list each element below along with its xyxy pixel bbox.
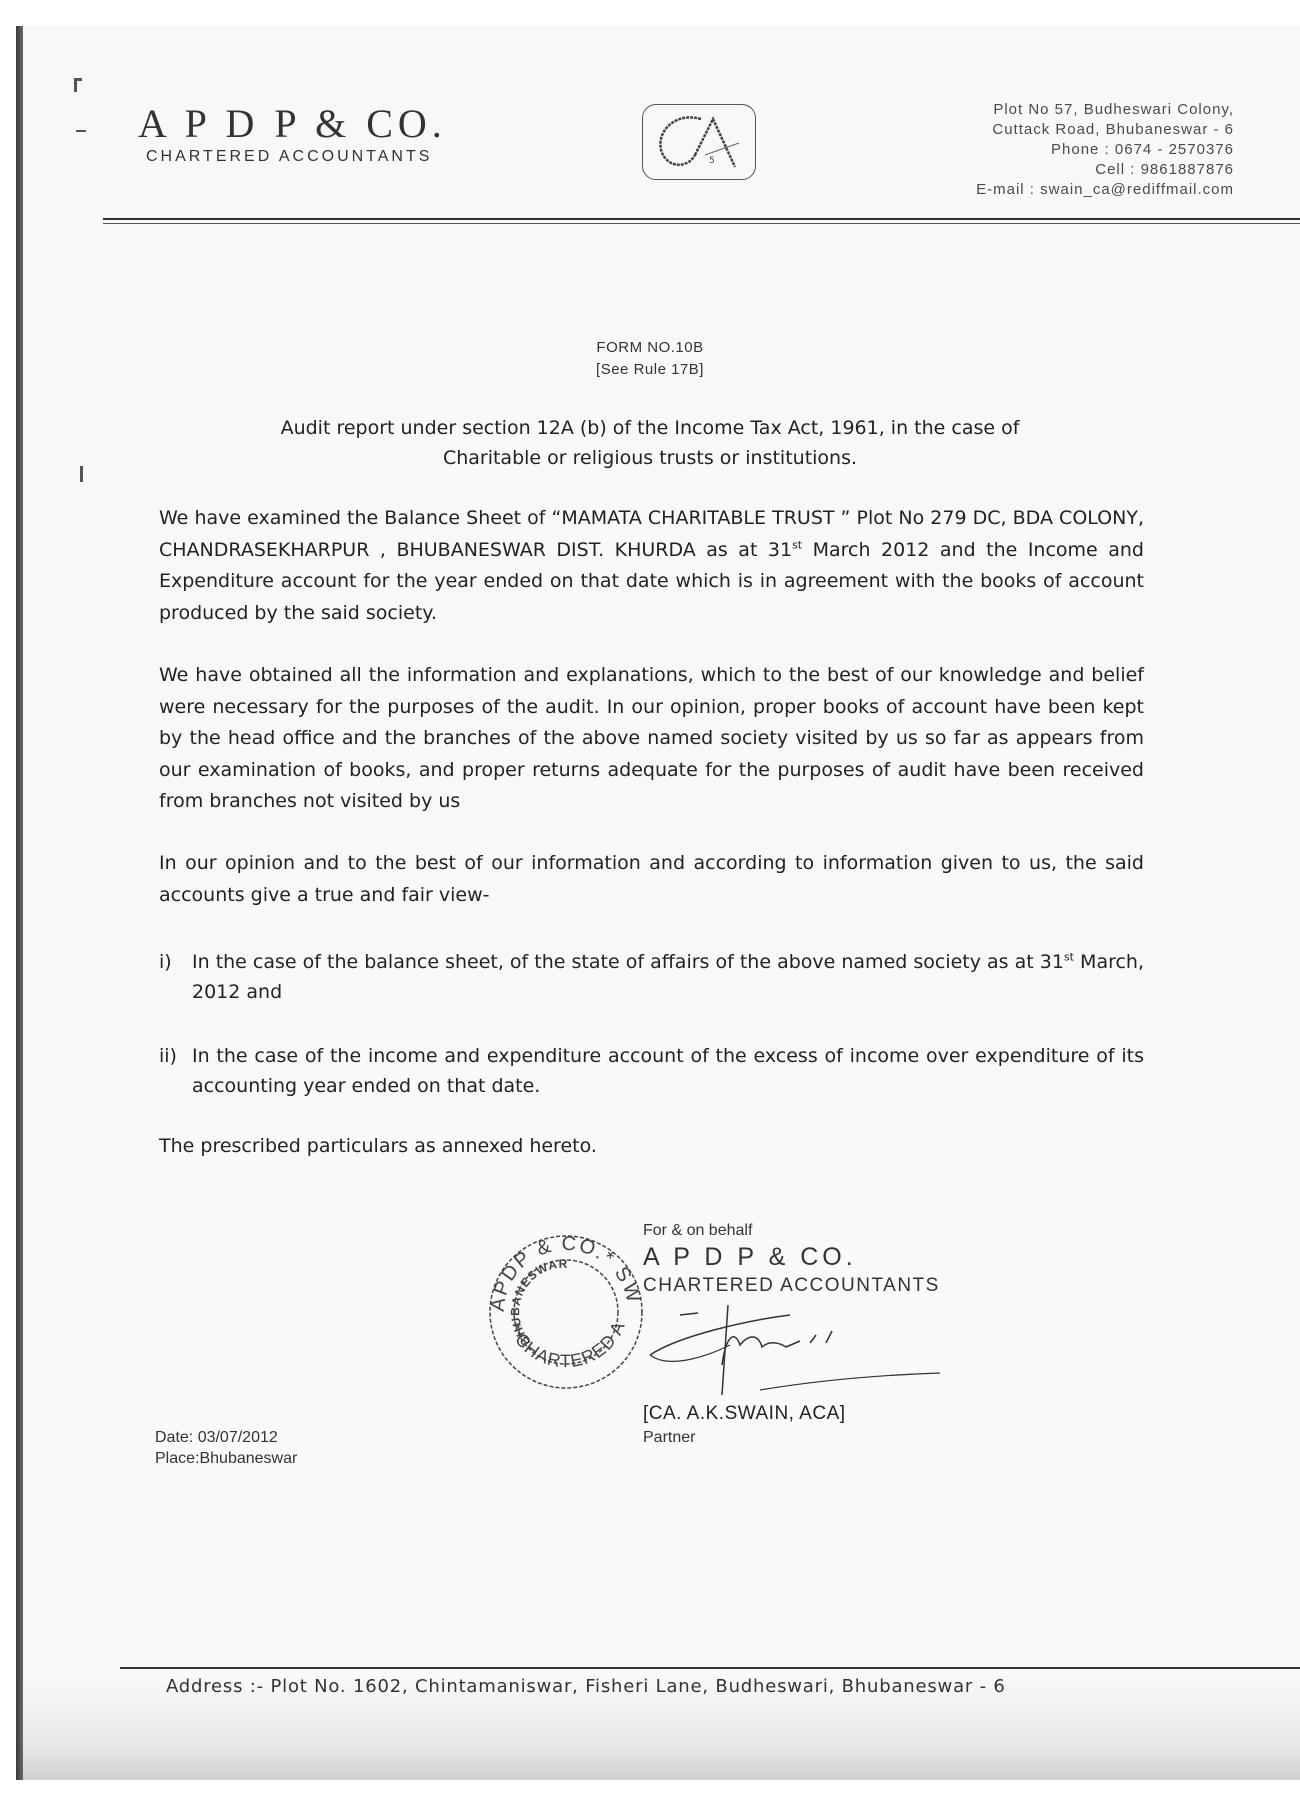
footer-divider bbox=[120, 1667, 1300, 1669]
superscript: st bbox=[1064, 951, 1074, 964]
scan-speck bbox=[74, 78, 77, 92]
superscript: st bbox=[792, 538, 802, 551]
handwritten-signature bbox=[640, 1295, 960, 1405]
firm-name: A P D P & CO. bbox=[138, 100, 447, 147]
header-divider-thin bbox=[103, 223, 1300, 224]
firm-subtitle: CHARTERED ACCOUNTANTS bbox=[146, 148, 432, 166]
audit-heading-line2: Charitable or religious trusts or instit… bbox=[170, 443, 1130, 473]
contact-email: E-mail : swain_ca@rediffmail.com bbox=[976, 180, 1234, 200]
header-divider bbox=[103, 218, 1300, 220]
signature-firm-subtitle: CHARTERED ACCOUNTANTS bbox=[643, 1275, 940, 1297]
ca-logo-icon: 5 bbox=[642, 104, 756, 180]
for-on-behalf: For & on behalf bbox=[643, 1222, 752, 1240]
form-number: FORM NO.10B bbox=[0, 337, 1300, 359]
scan-speck bbox=[80, 466, 83, 482]
svg-text:5: 5 bbox=[709, 156, 715, 166]
report-date: Date: 03/07/2012 bbox=[155, 1427, 297, 1448]
list-text: In the case of the income and expenditur… bbox=[192, 1041, 1144, 1101]
report-place: Place:Bhubaneswar bbox=[155, 1448, 297, 1469]
signatory-name: [CA. A.K.SWAIN, ACA] bbox=[643, 1403, 846, 1425]
signature-firm-name: A P D P & CO. bbox=[643, 1243, 857, 1272]
list-item-balance-sheet: i) In the case of the balance sheet, of … bbox=[159, 947, 1144, 1007]
contact-block: Plot No 57, Budheswari Colony, Cuttack R… bbox=[976, 100, 1234, 200]
form-title-block: FORM NO.10B [See Rule 17B] bbox=[0, 337, 1300, 381]
paragraph-information: We have obtained all the information and… bbox=[159, 660, 1144, 818]
form-rule-ref: [See Rule 17B] bbox=[0, 359, 1300, 381]
audit-heading: Audit report under section 12A (b) of th… bbox=[170, 413, 1130, 473]
audit-heading-line1: Audit report under section 12A (b) of th… bbox=[170, 413, 1130, 443]
scan-speck bbox=[76, 130, 86, 132]
list-item-income-expenditure: ii) In the case of the income and expend… bbox=[159, 1041, 1144, 1101]
scan-left-edge bbox=[16, 26, 23, 1780]
contact-phone: Phone : 0674 - 2570376 bbox=[976, 140, 1234, 160]
list-text: In the case of the balance sheet, of the… bbox=[192, 947, 1144, 1007]
contact-cell: Cell : 9861887876 bbox=[976, 160, 1234, 180]
paragraph-opinion: In our opinion and to the best of our in… bbox=[159, 848, 1144, 911]
footer-address: Address :- Plot No. 1602, Chintamaniswar… bbox=[166, 1676, 1006, 1697]
list-text-part: In the case of the balance sheet, of the… bbox=[192, 951, 1064, 973]
list-number: ii) bbox=[159, 1041, 191, 1071]
contact-address-line2: Cuttack Road, Bhubaneswar - 6 bbox=[976, 120, 1234, 140]
company-seal-stamp: APDP & CO.* SW * CHARTERED ACCOUNT BHUBA… bbox=[486, 1232, 646, 1392]
list-number: i) bbox=[159, 947, 191, 977]
contact-address-line1: Plot No 57, Budheswari Colony, bbox=[976, 100, 1234, 120]
closing-statement: The prescribed particulars as annexed he… bbox=[159, 1135, 597, 1157]
date-place-block: Date: 03/07/2012 Place:Bhubaneswar bbox=[155, 1427, 297, 1469]
paragraph-balance-sheet: We have examined the Balance Sheet of “M… bbox=[159, 503, 1144, 629]
signatory-role: Partner bbox=[643, 1429, 695, 1447]
